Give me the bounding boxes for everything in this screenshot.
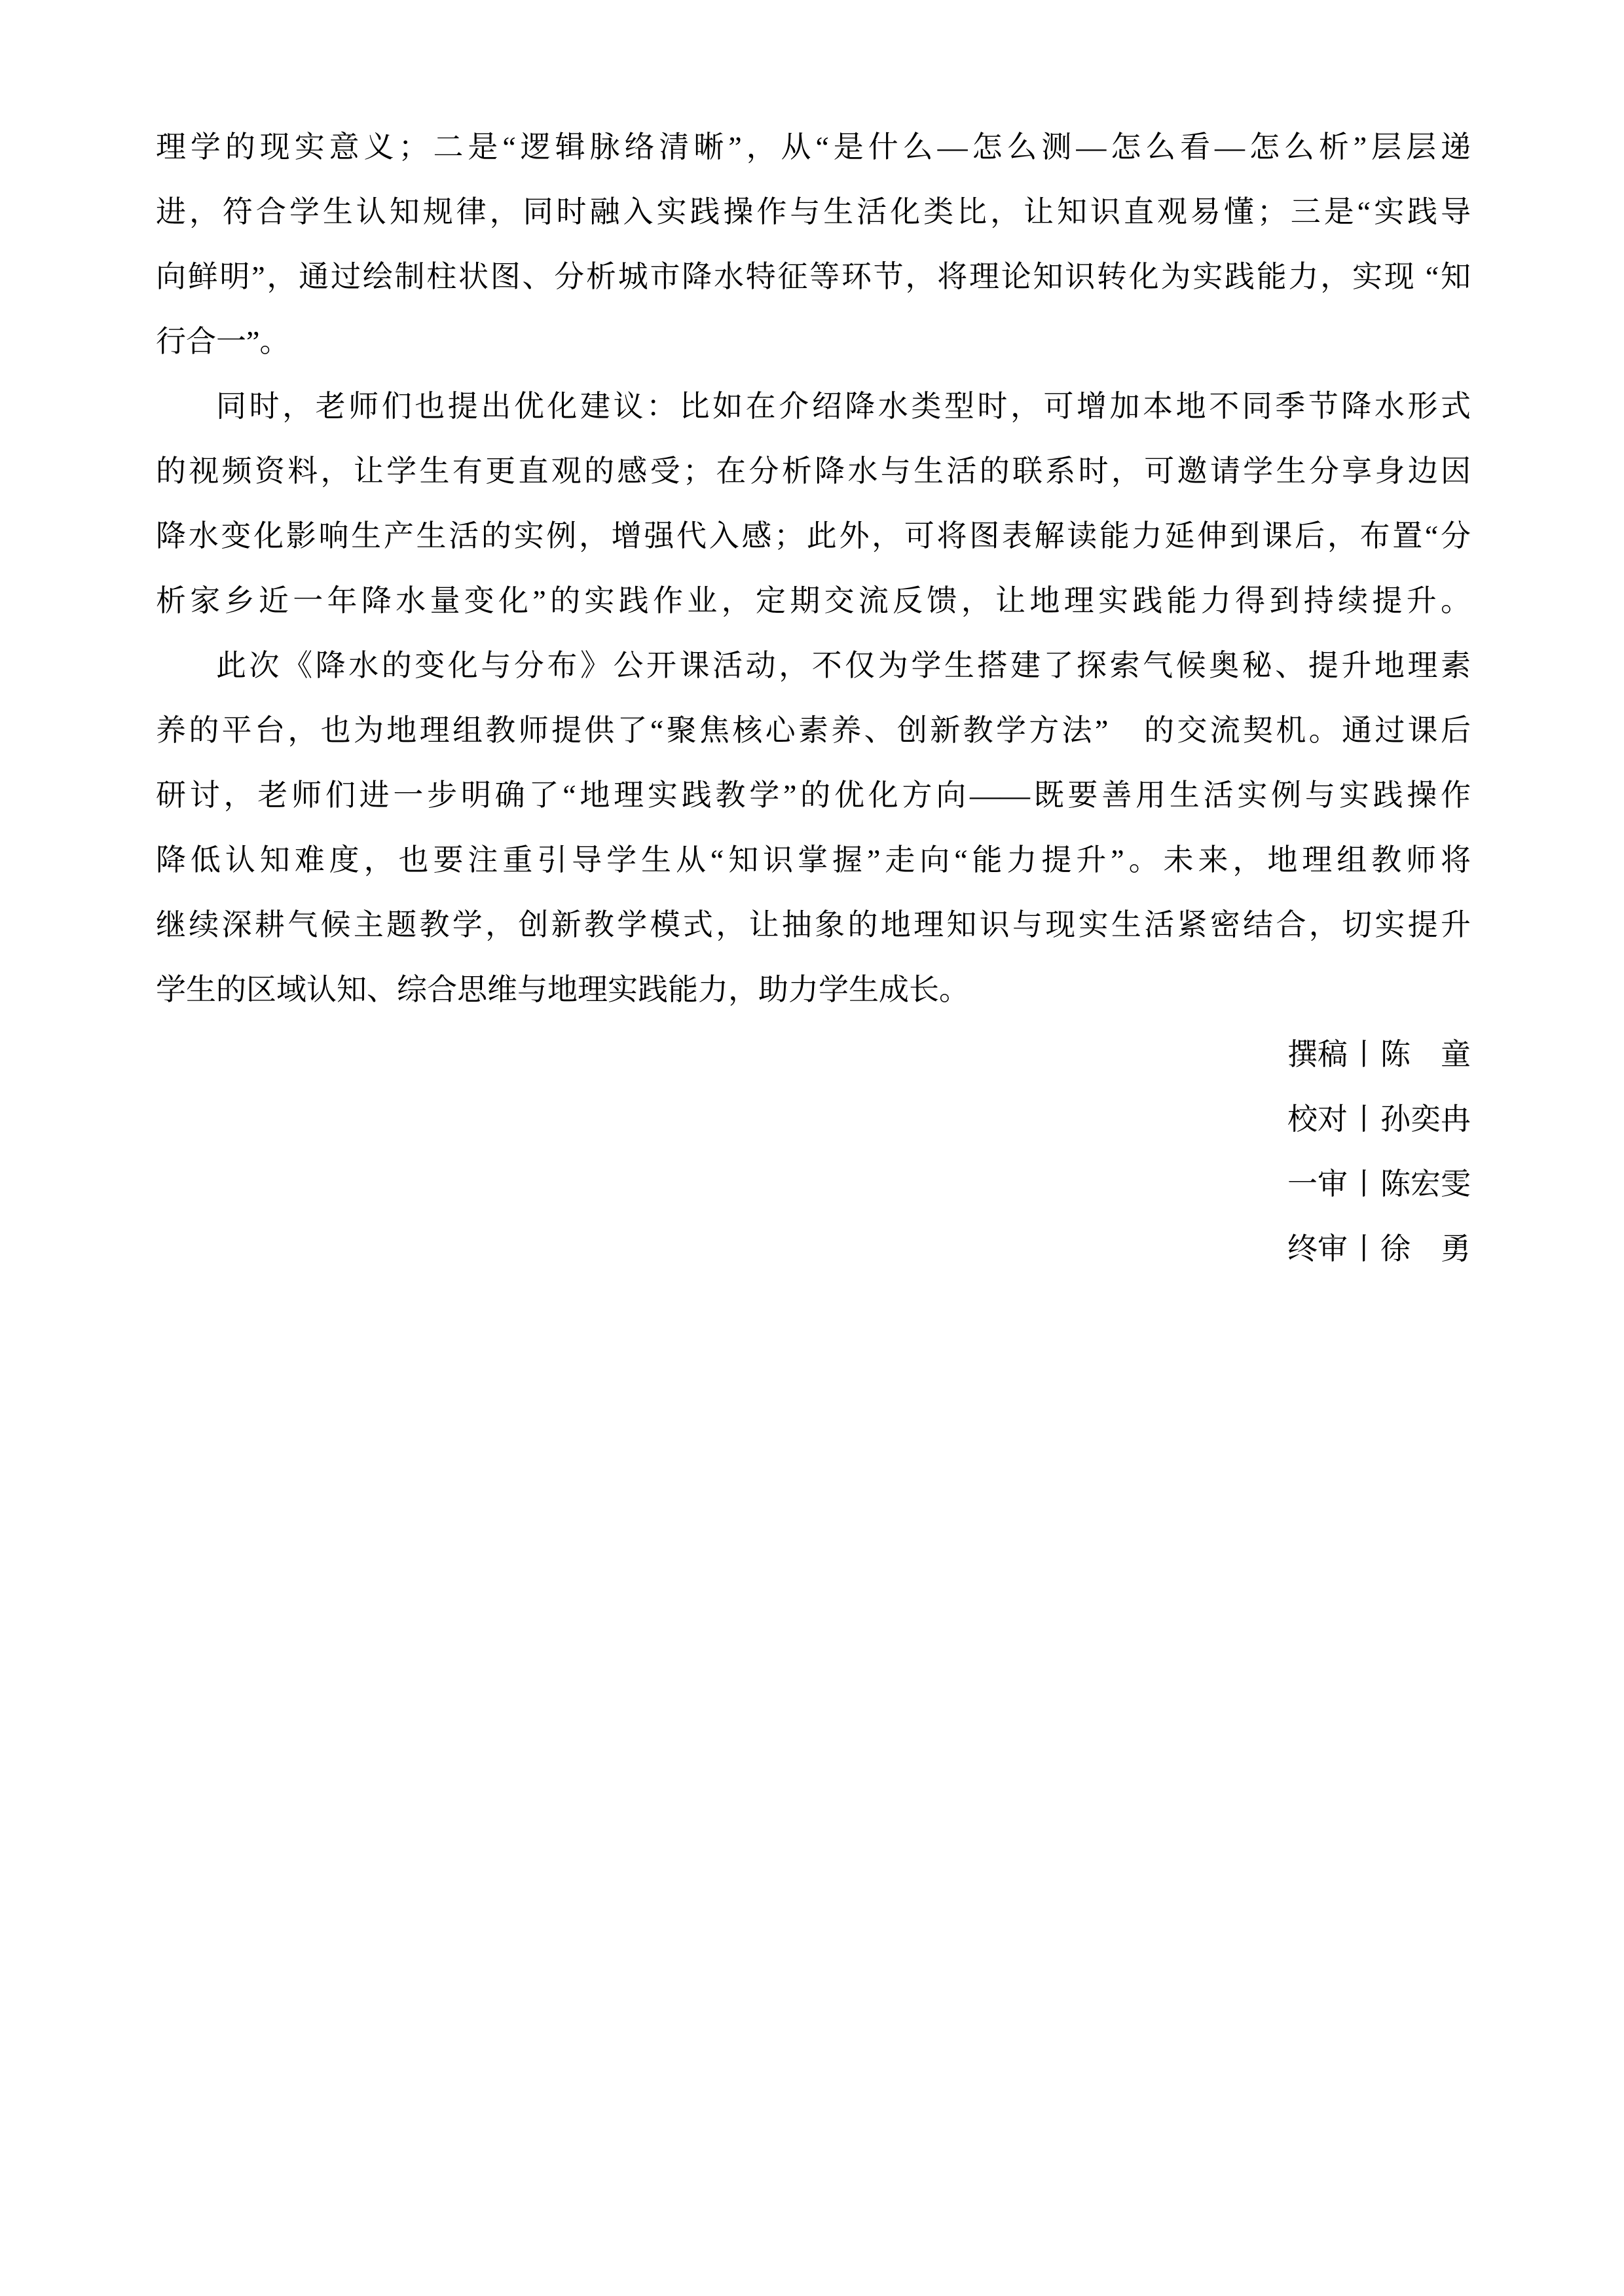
text-line: 此次《降水的变化与分布》公开课活动，不仅为学生搭建了探索气候奥秘、提升地理素 [156, 633, 1471, 698]
text-line: 降低认知难度，也要注重引导学生从“知识掌握”走向“能力提升”。未来，地理组教师将 [156, 828, 1471, 892]
credit-role: 终审 [1287, 1232, 1348, 1266]
credit-separator: 丨 [1348, 1232, 1380, 1266]
credit-separator: 丨 [1348, 1102, 1380, 1136]
text-line: 养的平台，也为地理组教师提供了“聚焦核心素养、创新教学方法” 的交流契机。通过课… [156, 698, 1471, 763]
text-line: 降水变化影响生产生活的实例，增强代入感；此外，可将图表解读能力延伸到课后，布置“… [156, 503, 1471, 568]
credit-name: 陈 童 [1380, 1038, 1471, 1071]
text-line: 理学的现实意义；二是“逻辑脉络清晰”，从“是什么—怎么测—怎么看—怎么析”层层递 [156, 115, 1471, 179]
credit-separator: 丨 [1348, 1038, 1380, 1071]
document-page: 理学的现实意义；二是“逻辑脉络清晰”，从“是什么—怎么测—怎么看—怎么析”层层递… [0, 0, 1624, 2296]
credit-line: 撰稿丨陈 童 [156, 1022, 1471, 1087]
text-line: 学生的区域认知、综合思维与地理实践能力，助力学生成长。 [156, 957, 1471, 1022]
credit-role: 撰稿 [1287, 1038, 1348, 1071]
credit-name: 陈宏雯 [1380, 1167, 1471, 1201]
credit-line: 一审丨陈宏雯 [156, 1152, 1471, 1216]
credit-role: 校对 [1287, 1102, 1348, 1136]
credits-block: 撰稿丨陈 童 校对丨孙奕冉 一审丨陈宏雯 终审丨徐 勇 [156, 1022, 1471, 1281]
credit-line: 校对丨孙奕冉 [156, 1087, 1471, 1152]
text-line: 行合一”。 [156, 309, 1471, 374]
credit-line: 终审丨徐 勇 [156, 1216, 1471, 1281]
text-line: 的视频资料，让学生有更直观的感受；在分析降水与生活的联系时，可邀请学生分享身边因 [156, 439, 1471, 503]
text-line: 向鲜明”，通过绘制柱状图、分析城市降水特征等环节，将理论知识转化为实践能力，实现… [156, 244, 1471, 309]
text-line: 继续深耕气候主题教学，创新教学模式，让抽象的地理知识与现实生活紧密结合，切实提升 [156, 892, 1471, 957]
credit-name: 孙奕冉 [1380, 1102, 1471, 1136]
article-body: 理学的现实意义；二是“逻辑脉络清晰”，从“是什么—怎么测—怎么看—怎么析”层层递… [156, 115, 1471, 1281]
text-line: 研讨，老师们进一步明确了“地理实践教学”的优化方向——既要善用生活实例与实践操作 [156, 763, 1471, 828]
credit-role: 一审 [1287, 1167, 1348, 1201]
paragraph-3: 此次《降水的变化与分布》公开课活动，不仅为学生搭建了探索气候奥秘、提升地理素 养… [156, 633, 1471, 1022]
text-line: 析家乡近一年降水量变化”的实践作业，定期交流反馈，让地理实践能力得到持续提升。 [156, 568, 1471, 633]
text-line: 进，符合学生认知规律，同时融入实践操作与生活化类比，让知识直观易懂；三是“实践导 [156, 179, 1471, 244]
credit-name: 徐 勇 [1380, 1232, 1471, 1266]
paragraph-1: 理学的现实意义；二是“逻辑脉络清晰”，从“是什么—怎么测—怎么看—怎么析”层层递… [156, 115, 1471, 374]
text-line: 同时，老师们也提出优化建议：比如在介绍降水类型时，可增加本地不同季节降水形式 [156, 374, 1471, 439]
credit-separator: 丨 [1348, 1167, 1380, 1201]
paragraph-2: 同时，老师们也提出优化建议：比如在介绍降水类型时，可增加本地不同季节降水形式 的… [156, 374, 1471, 633]
